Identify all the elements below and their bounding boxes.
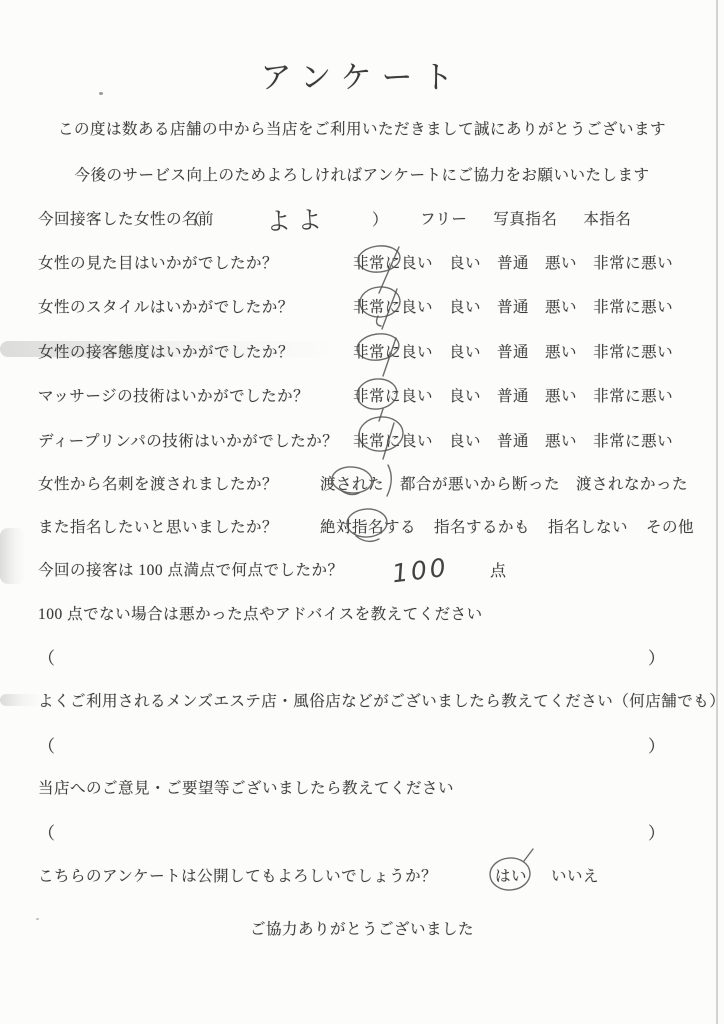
scan-edge-line [716, 0, 718, 1024]
open-paren: （ [38, 819, 56, 844]
option-very-good: 非常に良い [353, 429, 433, 451]
close-paren: ） [648, 644, 666, 669]
option-declined: 都合が悪いから断った [400, 472, 560, 494]
name-type-options: フリー 写真指名 本指名 [420, 207, 631, 229]
option-good: 良い [449, 384, 481, 406]
option-very-bad: 非常に悪い [593, 429, 673, 451]
question-label: 女性の接客態度はいかがでしたか？ [38, 340, 294, 362]
option-very-bad: 非常に悪い [593, 340, 673, 362]
scanned-survey-page: アンケート この度は数ある店舗の中から当店をご利用いただきまして誠にありがとうご… [0, 0, 724, 1024]
rating-options: 非常に良い 良い 普通 悪い 非常に悪い [353, 429, 673, 451]
open-paren: （ [185, 207, 202, 230]
option-very-good: 非常に良い [353, 251, 433, 273]
question-label: 今回の接客は 100 点満点で何点でしたか？ [38, 558, 344, 580]
open-paren: （ [38, 732, 56, 757]
option-good: 良い [449, 251, 481, 273]
rating-options: 非常に良い 良い 普通 悪い 非常に悪い [353, 384, 673, 406]
option-no-shimei: 指名しない [548, 515, 628, 537]
publish-options: はい いいえ [495, 864, 599, 886]
option-photo-shimei: 写真指名 [493, 207, 557, 229]
question-label: 女性の見た目はいかがでしたか？ [38, 251, 278, 273]
handwritten-name-value: よよ [265, 200, 328, 238]
rating-options: 非常に良い 良い 普通 悪い 非常に悪い [353, 295, 673, 317]
score-unit: 点 [490, 558, 507, 581]
handwritten-score-value: 100 [390, 553, 450, 589]
option-bad: 悪い [545, 340, 577, 362]
option-definitely-shimei: 絶対指名する [320, 515, 416, 537]
section-label: よくご利用されるメンズエステ店・風俗店などがございましたら教えてください（何店舗… [38, 689, 724, 711]
option-normal: 普通 [497, 429, 529, 451]
intro-line-2: 今後のサービス向上のためよろしければアンケートにご協力をお願いいたします [0, 163, 724, 185]
option-other: その他 [646, 515, 694, 537]
option-good: 良い [449, 429, 481, 451]
section-label: 当店へのご意見・ご要望等ございましたら教えてください [38, 776, 454, 798]
option-bad: 悪い [545, 429, 577, 451]
close-paren: ） [648, 819, 666, 844]
option-normal: 普通 [497, 340, 529, 362]
meishi-options: 渡された 都合が悪いから断った 渡されなかった [320, 472, 688, 494]
question-label: こちらのアンケートは公開してもよろしいでしょうか？ [38, 864, 437, 886]
option-very-bad: 非常に悪い [593, 384, 673, 406]
option-yes: はい [495, 864, 527, 886]
option-free: フリー [420, 207, 467, 229]
option-very-good: 非常に良い [353, 384, 433, 406]
page-title: アンケート [0, 52, 724, 97]
option-received: 渡された [320, 472, 384, 494]
question-label: 女性から名刺を渡されましたか？ [38, 472, 278, 494]
option-hon-shimei: 本指名 [583, 207, 631, 229]
option-very-bad: 非常に悪い [593, 251, 673, 273]
option-bad: 悪い [545, 251, 577, 273]
intro-line-1: この度は数ある店舗の中から当店をご利用いただきまして誠にありがとうございます [0, 117, 724, 139]
option-very-good: 非常に良い [353, 340, 433, 362]
thanks-line: ご協力ありがとうございました [0, 917, 724, 939]
rating-options: 非常に良い 良い 普通 悪い 非常に悪い [353, 340, 673, 362]
option-bad: 悪い [545, 384, 577, 406]
option-very-bad: 非常に悪い [593, 295, 673, 317]
scan-smudge [0, 694, 42, 706]
close-paren: ） [648, 732, 666, 757]
question-label: 女性のスタイルはいかがでしたか？ [38, 295, 294, 317]
option-very-good: 非常に良い [353, 295, 433, 317]
scan-smudge [0, 528, 26, 584]
option-bad: 悪い [545, 295, 577, 317]
option-no: いいえ [551, 864, 599, 886]
open-paren: （ [38, 644, 56, 669]
question-label: また指名したいと思いましたか？ [38, 515, 278, 537]
option-maybe-shimei: 指名するかも [434, 515, 530, 537]
close-paren: ） [372, 207, 389, 230]
shimei-options: 絶対指名する 指名するかも 指名しない その他 [320, 515, 694, 537]
section-label: 100 点でない場合は悪かった点やアドバイスを教えてください [38, 602, 483, 624]
option-good: 良い [449, 295, 481, 317]
option-normal: 普通 [497, 295, 529, 317]
question-label: ディープリンパの技術はいかがでしたか？ [38, 429, 338, 451]
rating-options: 非常に良い 良い 普通 悪い 非常に悪い [353, 251, 673, 273]
question-label: マッサージの技術はいかがでしたか？ [38, 384, 309, 406]
option-good: 良い [449, 340, 481, 362]
option-normal: 普通 [497, 384, 529, 406]
option-not-received: 渡されなかった [576, 472, 688, 494]
option-normal: 普通 [497, 251, 529, 273]
